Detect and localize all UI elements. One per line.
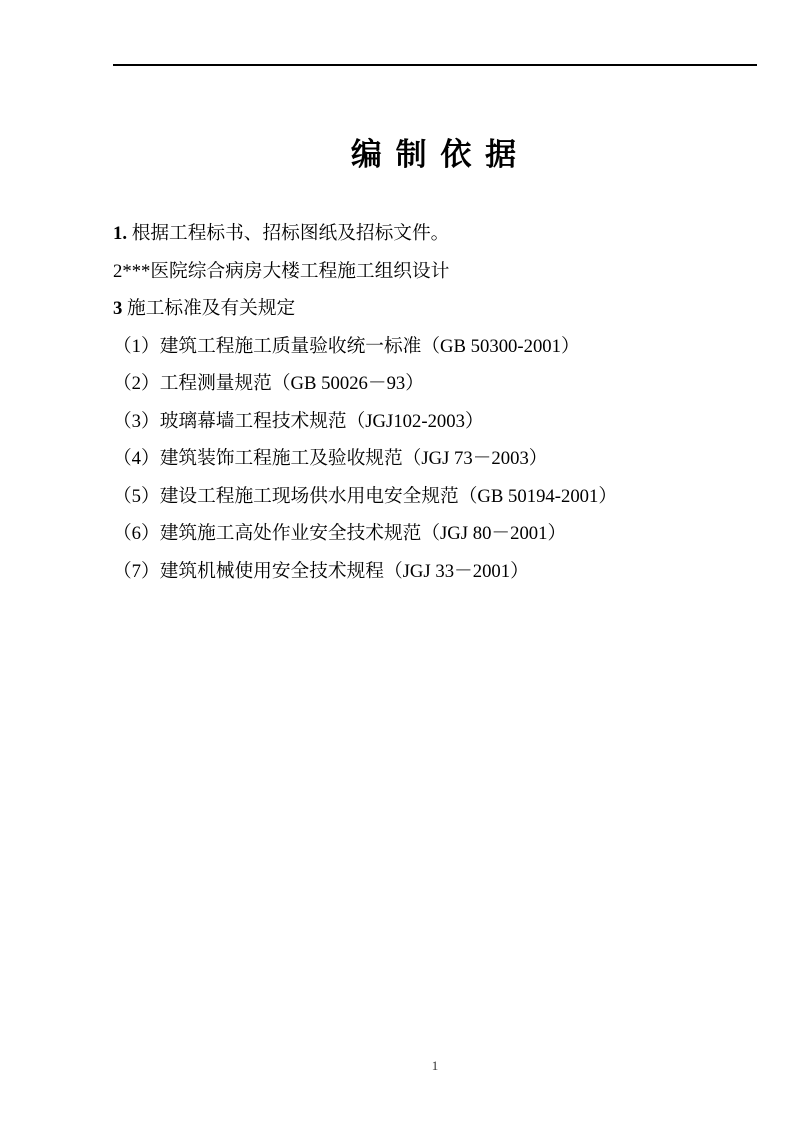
body-text: 1. 根据工程标书、招标图纸及招标文件。 2***医院综合病房大楼工程施工组织设… xyxy=(113,215,773,590)
sub-list-item-4: （4）建筑装饰工程施工及验收规范（JGJ 73－2003） xyxy=(113,440,773,478)
document-page: 编 制 依 据 1. 根据工程标书、招标图纸及招标文件。 2***医院综合病房大… xyxy=(0,0,793,1122)
sub-list-item-5: （5）建设工程施工现场供水用电安全规范（GB 50194-2001） xyxy=(113,478,773,516)
item-text: ***医院综合病房大楼工程施工组织设计 xyxy=(122,261,449,282)
item-marker: 1. xyxy=(113,223,127,244)
item-marker: 3 xyxy=(113,298,122,319)
item-text: 根据工程标书、招标图纸及招标文件。 xyxy=(127,223,449,244)
sub-list-item-7: （7）建筑机械使用安全技术规程（JGJ 33－2001） xyxy=(113,553,773,591)
item-marker: 2 xyxy=(113,261,122,282)
sub-list-item-6: （6）建筑施工高处作业安全技术规范（JGJ 80－2001） xyxy=(113,515,773,553)
page-number: 1 xyxy=(113,1058,757,1074)
item-text: 施工标准及有关规定 xyxy=(122,298,295,319)
page-title: 编 制 依 据 xyxy=(113,138,757,172)
header-rule xyxy=(113,64,757,66)
sub-list-item-1: （1）建筑工程施工质量验收统一标准（GB 50300-2001） xyxy=(113,328,773,366)
list-item-3: 3 施工标准及有关规定 xyxy=(113,290,773,328)
sub-list-item-2: （2）工程测量规范（GB 50026－93） xyxy=(113,365,773,403)
list-item-2: 2***医院综合病房大楼工程施工组织设计 xyxy=(113,253,773,291)
list-item-1: 1. 根据工程标书、招标图纸及招标文件。 xyxy=(113,215,773,253)
sub-list-item-3: （3）玻璃幕墙工程技术规范（JGJ102-2003） xyxy=(113,403,773,441)
